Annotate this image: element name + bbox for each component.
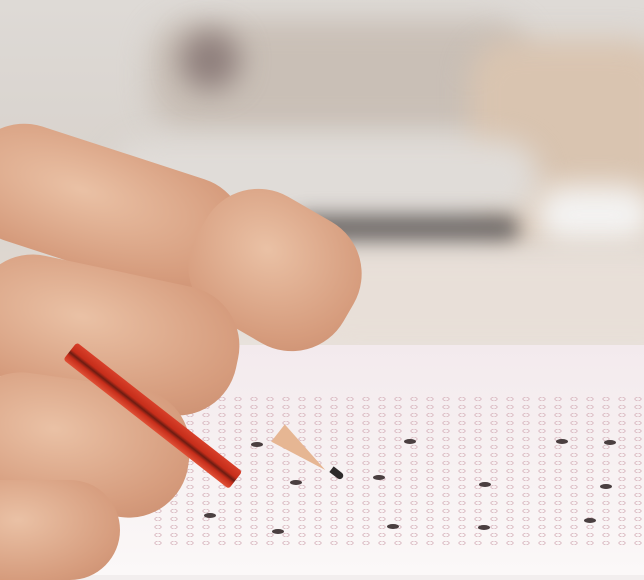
filled-bubble <box>373 475 385 480</box>
filled-bubble <box>479 482 491 487</box>
monitor-detail-blurred <box>180 30 240 90</box>
filled-bubble <box>584 518 596 523</box>
mouse-blurred <box>535 185 644 245</box>
filled-bubble <box>251 442 263 447</box>
filled-bubble <box>478 525 490 530</box>
filled-bubble <box>604 440 616 445</box>
filled-bubble <box>404 439 416 444</box>
filled-bubble <box>600 484 612 489</box>
filled-bubble <box>387 524 399 529</box>
filled-bubble <box>556 439 568 444</box>
photo <box>0 0 644 580</box>
filled-bubble <box>204 513 216 518</box>
filled-bubble <box>290 480 302 485</box>
filled-bubble <box>272 529 284 534</box>
hand-little-finger <box>0 480 120 580</box>
